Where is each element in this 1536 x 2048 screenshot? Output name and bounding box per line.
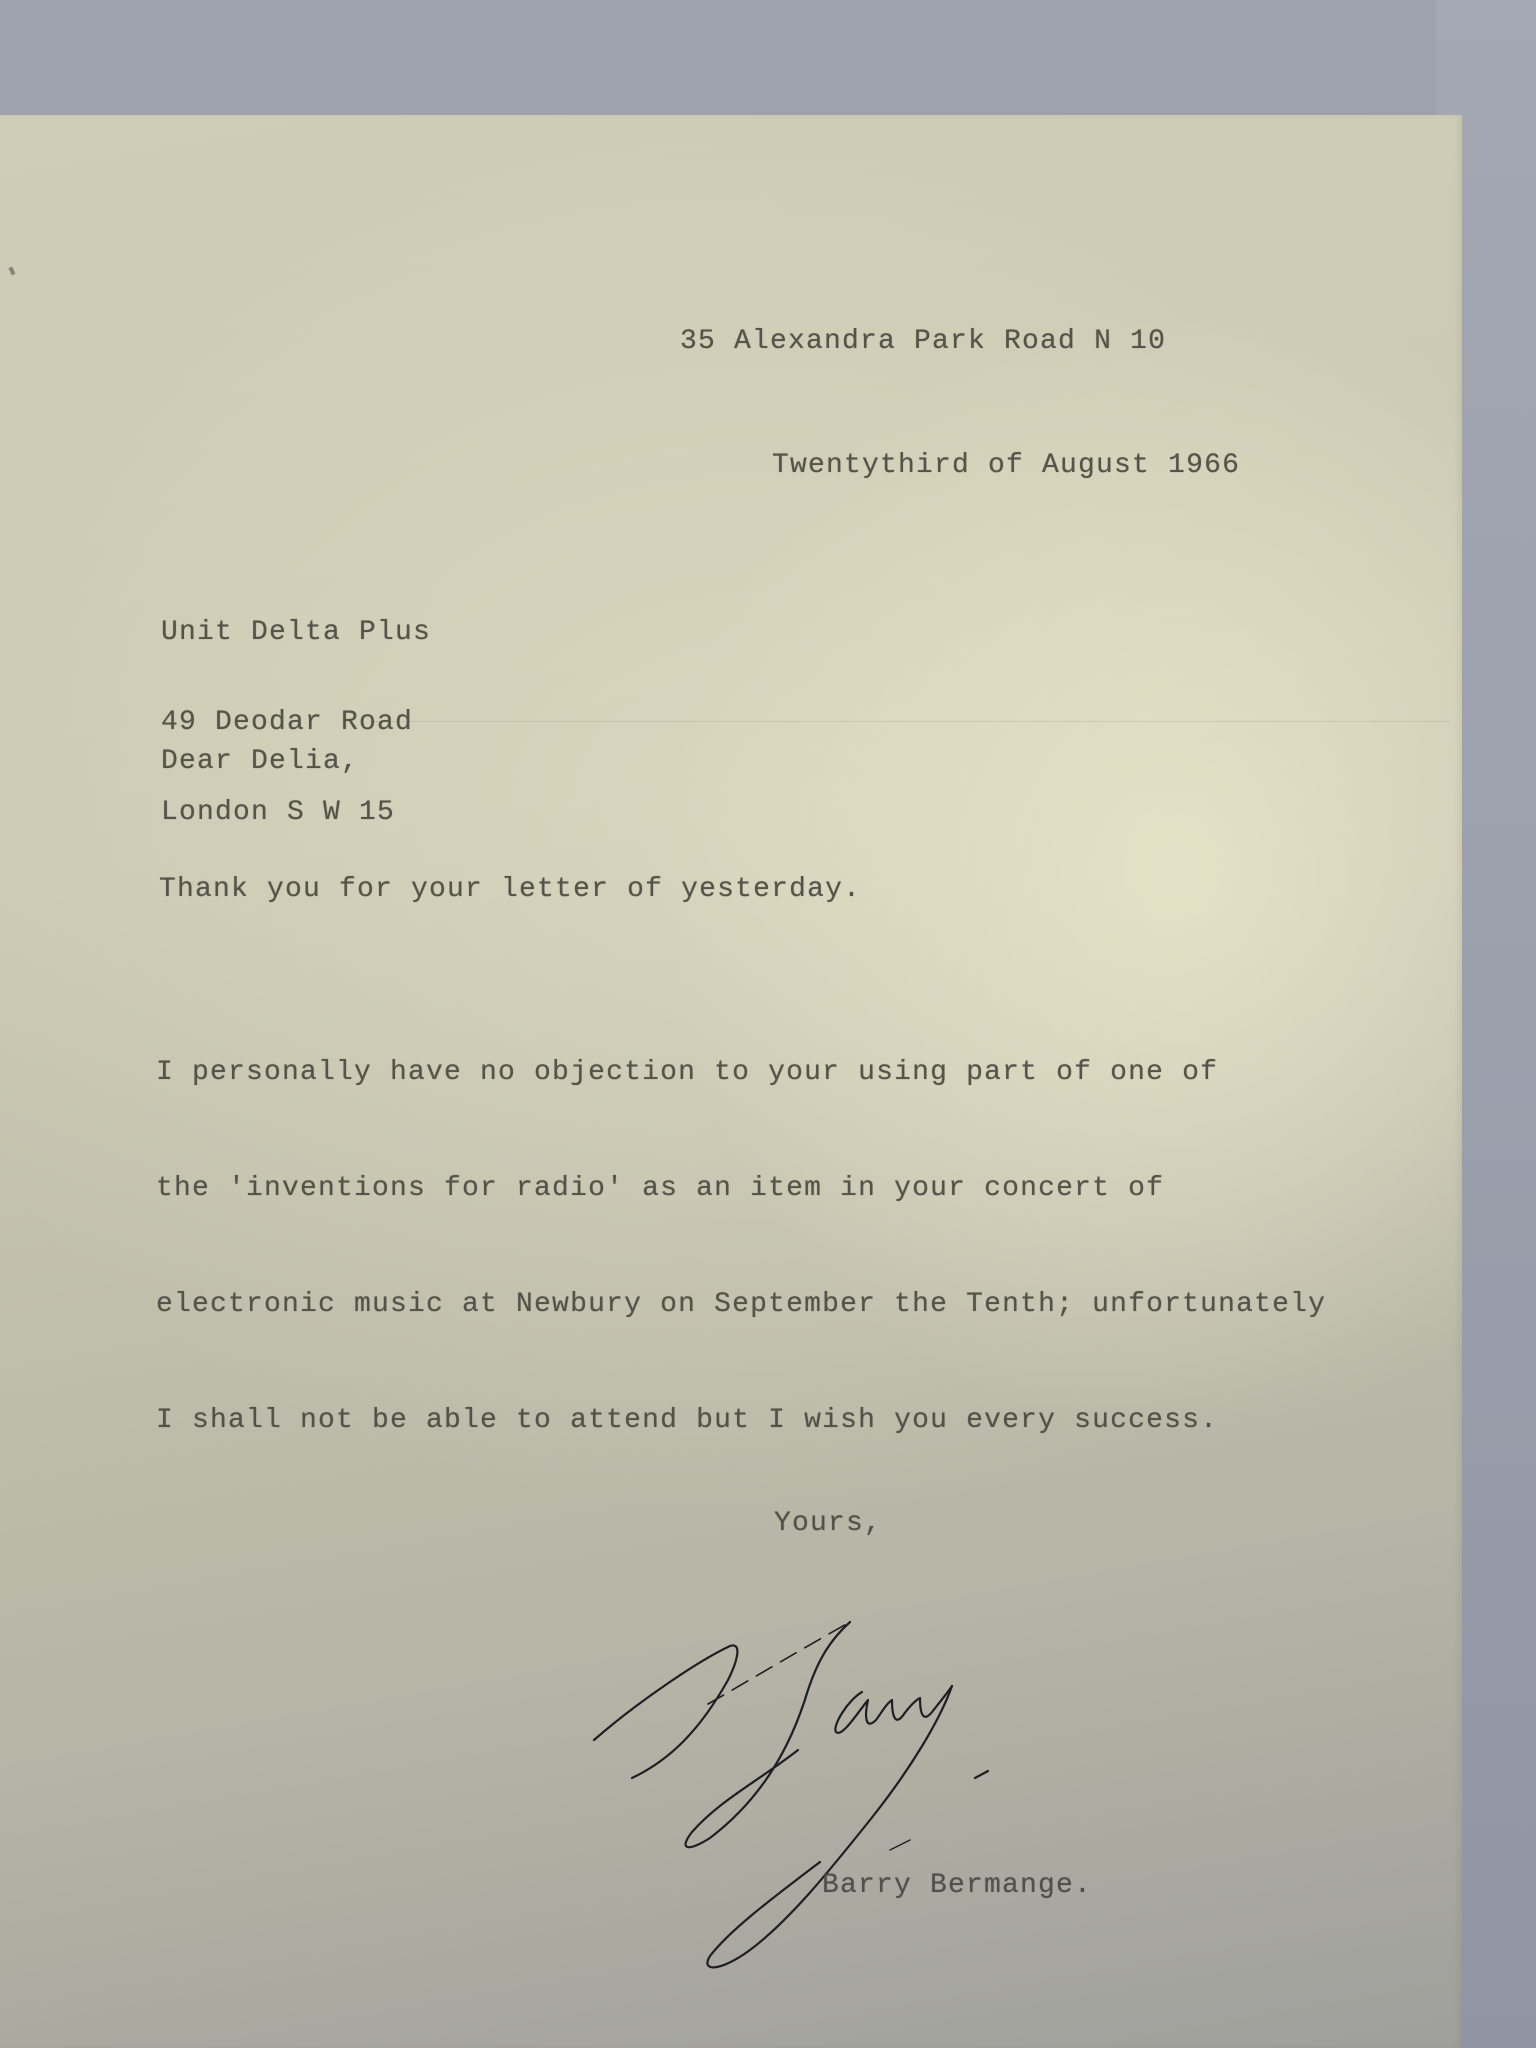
paragraph-permission: I personally have no objection to your u… bbox=[156, 1003, 1326, 1495]
sender-address: 35 Alexandra Park Road N 10 bbox=[680, 328, 1166, 356]
handwritten-signature-icon bbox=[580, 1600, 1050, 2000]
paragraph-thanks: Thank you for your letter of yesterday. bbox=[159, 876, 861, 904]
paragraph-line: the 'inventions for radio' as an item in… bbox=[156, 1175, 1326, 1235]
signed-name: Barry Bermange. bbox=[822, 1872, 1092, 1900]
paragraph-line: electronic music at Newbury on September… bbox=[156, 1291, 1326, 1351]
recipient-line: 49 Deodar Road bbox=[161, 708, 431, 738]
closing: Yours, bbox=[774, 1510, 882, 1538]
paragraph-line: I personally have no objection to your u… bbox=[156, 1059, 1326, 1119]
letter-date: Twentythird of August 1966 bbox=[772, 452, 1240, 480]
recipient-line: Unit Delta Plus bbox=[161, 618, 431, 648]
recipient-line: London S W 15 bbox=[161, 798, 431, 828]
salutation: Dear Delia, bbox=[161, 748, 359, 776]
paper-fold-line bbox=[370, 721, 1450, 722]
recipient-address: Unit Delta Plus 49 Deodar Road London S … bbox=[161, 558, 431, 858]
paragraph-line: I shall not be able to attend but I wish… bbox=[156, 1407, 1326, 1467]
paper-speck bbox=[8, 267, 15, 276]
